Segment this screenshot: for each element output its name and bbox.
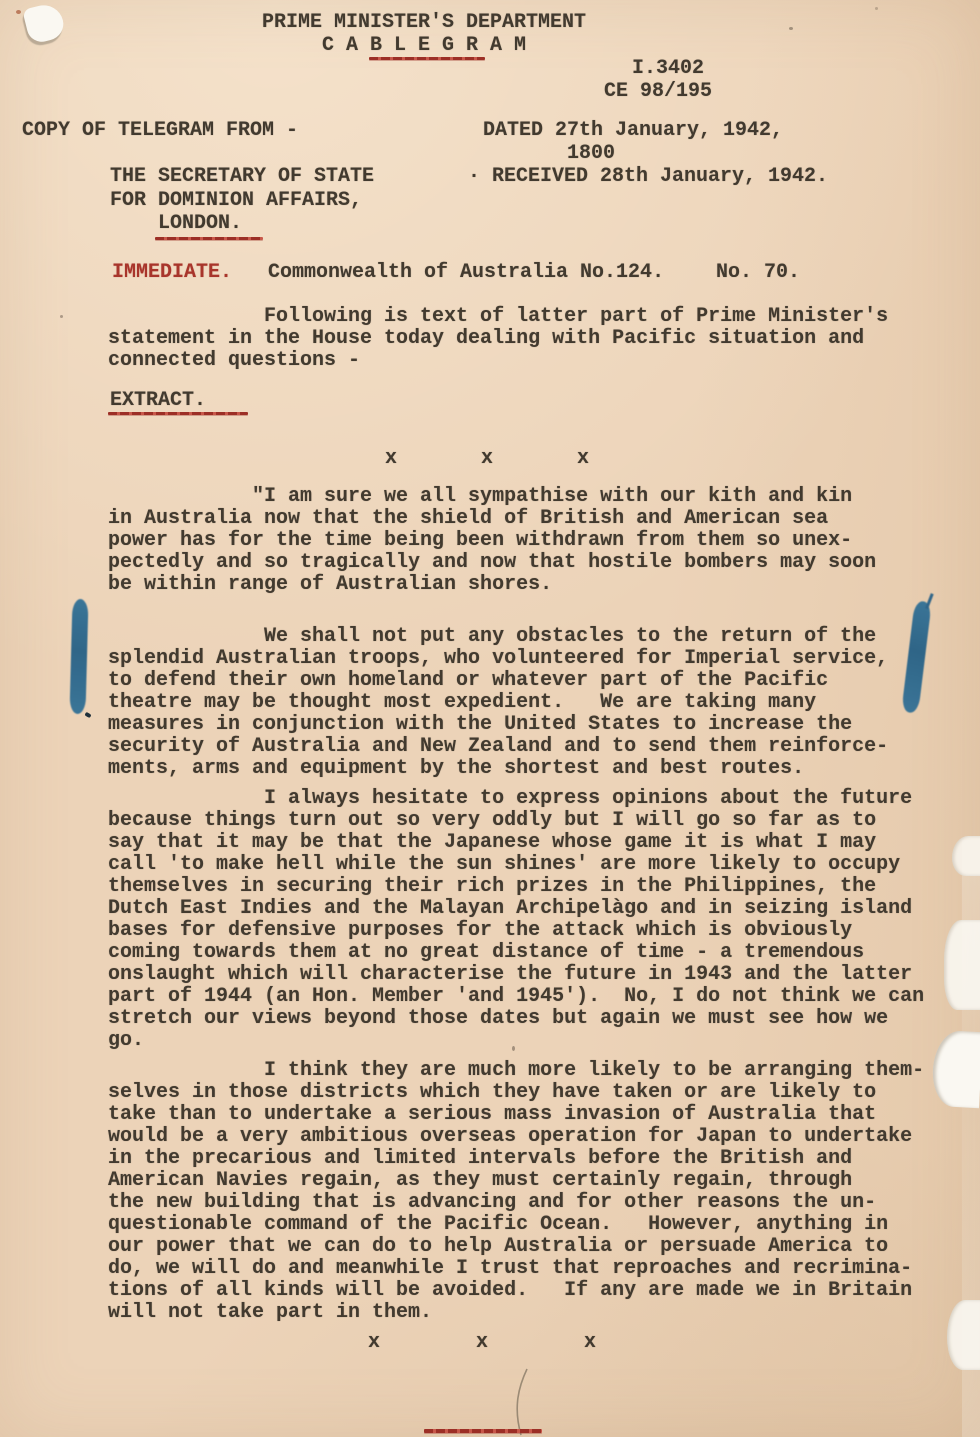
doc-type-title: C A B L E G R A M: [322, 35, 526, 57]
bottom-red-mark: [424, 1429, 542, 1433]
paper-speck: [512, 1046, 515, 1051]
intro-paragraph: Following is text of latter part of Prim…: [108, 306, 888, 372]
body-paragraph-4: I think they are much more likely to be …: [108, 1060, 924, 1324]
body-paragraph-1: "I am sure we all sympathise with our ki…: [108, 486, 876, 596]
extract-heading: EXTRACT.: [110, 390, 206, 412]
reference-number-1: I.3402: [632, 58, 704, 80]
paper-speck: [16, 10, 21, 14]
paper-tear-top-left: [22, 1, 67, 45]
received-line: · RECEIVED 28th January, 1942.: [468, 166, 828, 188]
paper-tear-right-4: [947, 1300, 980, 1370]
paper-tear-right-2: [944, 920, 980, 1010]
sender-line-1: THE SECRETARY OF STATE: [110, 166, 374, 188]
paper-speck: [60, 315, 63, 318]
paper-speck: [875, 7, 878, 10]
extract-underline: [108, 412, 248, 415]
ink-fleck: [84, 712, 91, 718]
department-title: PRIME MINISTER'S DEPARTMENT: [262, 12, 586, 34]
cablegram-document: PRIME MINISTER'S DEPARTMENT C A B L E G …: [0, 0, 980, 1437]
telegram-number: No. 70.: [716, 262, 800, 284]
blue-crayon-mark-left: [69, 599, 88, 714]
london-underline: [155, 237, 263, 240]
sender-line-2: FOR DOMINION AFFAIRS,: [110, 190, 362, 212]
pencil-curve-mark: [505, 1366, 535, 1437]
sender-line-3: LONDON.: [158, 213, 242, 235]
time-line: 1800: [567, 143, 615, 165]
priority-stamp: IMMEDIATE.: [112, 262, 232, 284]
dated-line: DATED 27th January, 1942,: [483, 120, 783, 142]
reference-number-2: CE 98/195: [604, 81, 712, 103]
series-label: Commonwealth of Australia No.124.: [268, 262, 664, 284]
doc-type-underline: [369, 57, 485, 60]
paper-tear-right-3: [931, 1030, 980, 1108]
section-separator-end: x x x: [368, 1332, 596, 1354]
blue-crayon-mark-right: [901, 600, 932, 713]
body-paragraph-2: We shall not put any obstacles to the re…: [108, 626, 888, 780]
paper-tear-right-1: [952, 836, 980, 876]
paper-speck: [789, 27, 793, 30]
section-separator: x x x: [385, 448, 589, 470]
body-paragraph-3: I always hesitate to express opinions ab…: [108, 788, 924, 1052]
copy-of-telegram-label: COPY OF TELEGRAM FROM -: [22, 120, 298, 142]
